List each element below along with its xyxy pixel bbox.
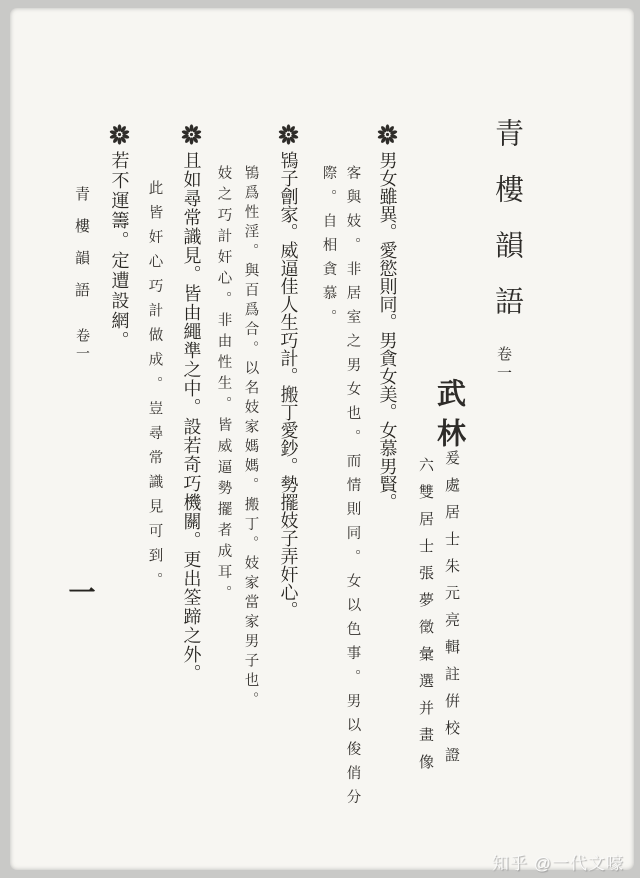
maxim-column-4: 若不運籌。定遭設網。 xyxy=(109,124,130,351)
rosette-flower-icon xyxy=(377,124,398,145)
maxim-3-text: 且如尋常識見。皆由繩準之中。設若奇巧機關。更出筌蹄之外。 xyxy=(182,151,202,683)
book-volume: 卷一 xyxy=(495,346,510,384)
maxim-column-2: 鴇子劊家。威逼佳人生巧計。搬丁愛鈔。勢擺妓子弄奸心。 xyxy=(278,124,299,619)
book-title: 青樓韻語 xyxy=(492,118,521,342)
running-title-volume: 卷一 xyxy=(74,328,89,364)
maxim-4-text: 若不運籌。定遭設網。 xyxy=(110,151,130,351)
imprint-place: 武林 xyxy=(434,378,463,458)
maxim-1-note-line-1: 客與妓。非居室之男女也。而情則同。女以色事。男以俊俏分 xyxy=(345,165,360,813)
credit-illustrator: 六雙居士張夢徵彙選并畫像 xyxy=(417,457,432,781)
maxim-column-1: 男女雖異。愛慾則同。男貪女美。女慕男賢。 xyxy=(377,124,398,511)
maxim-column-3: 且如尋常識見。皆由繩準之中。設若奇巧機關。更出筌蹄之外。 xyxy=(181,124,202,683)
maxim-1-text: 男女雖異。愛慾則同。男貪女美。女慕男賢。 xyxy=(378,151,398,511)
rosette-flower-icon xyxy=(109,124,130,145)
rosette-flower-icon xyxy=(278,124,299,145)
running-title: 青樓韻語卷一 xyxy=(73,186,88,364)
folio-page-number: 一 xyxy=(62,571,102,610)
maxim-2-note-line-1: 鴇爲性淫。與百爲合。以名妓家媽媽。搬丁。妓家當家男子也。 xyxy=(243,165,258,711)
rosette-flower-icon xyxy=(181,124,202,145)
maxim-3-note-line-1: 此皆奸心巧計做成。豈尋常識見可到。 xyxy=(147,180,162,597)
watermark-text: 知乎 @一代文嚎 xyxy=(492,849,624,874)
credit-compiler: 爰處居士朱元亮輯註倂校證 xyxy=(443,450,458,774)
scanned-book-page: 青樓韻語 卷一 武林 爰處居士朱元亮輯註倂校證 六雙居士張夢徵彙選并畫像 男女雖… xyxy=(10,8,634,870)
maxim-2-note-line-2: 妓之巧計奸心。非由性生。皆威逼勢擺者成耳。 xyxy=(216,165,231,606)
running-title-name: 青樓韻語 xyxy=(73,186,89,314)
maxim-2-text: 鴇子劊家。威逼佳人生巧計。搬丁愛鈔。勢擺妓子弄奸心。 xyxy=(279,151,299,619)
maxim-1-note-line-2: 際。自相貪慕。 xyxy=(321,165,336,333)
